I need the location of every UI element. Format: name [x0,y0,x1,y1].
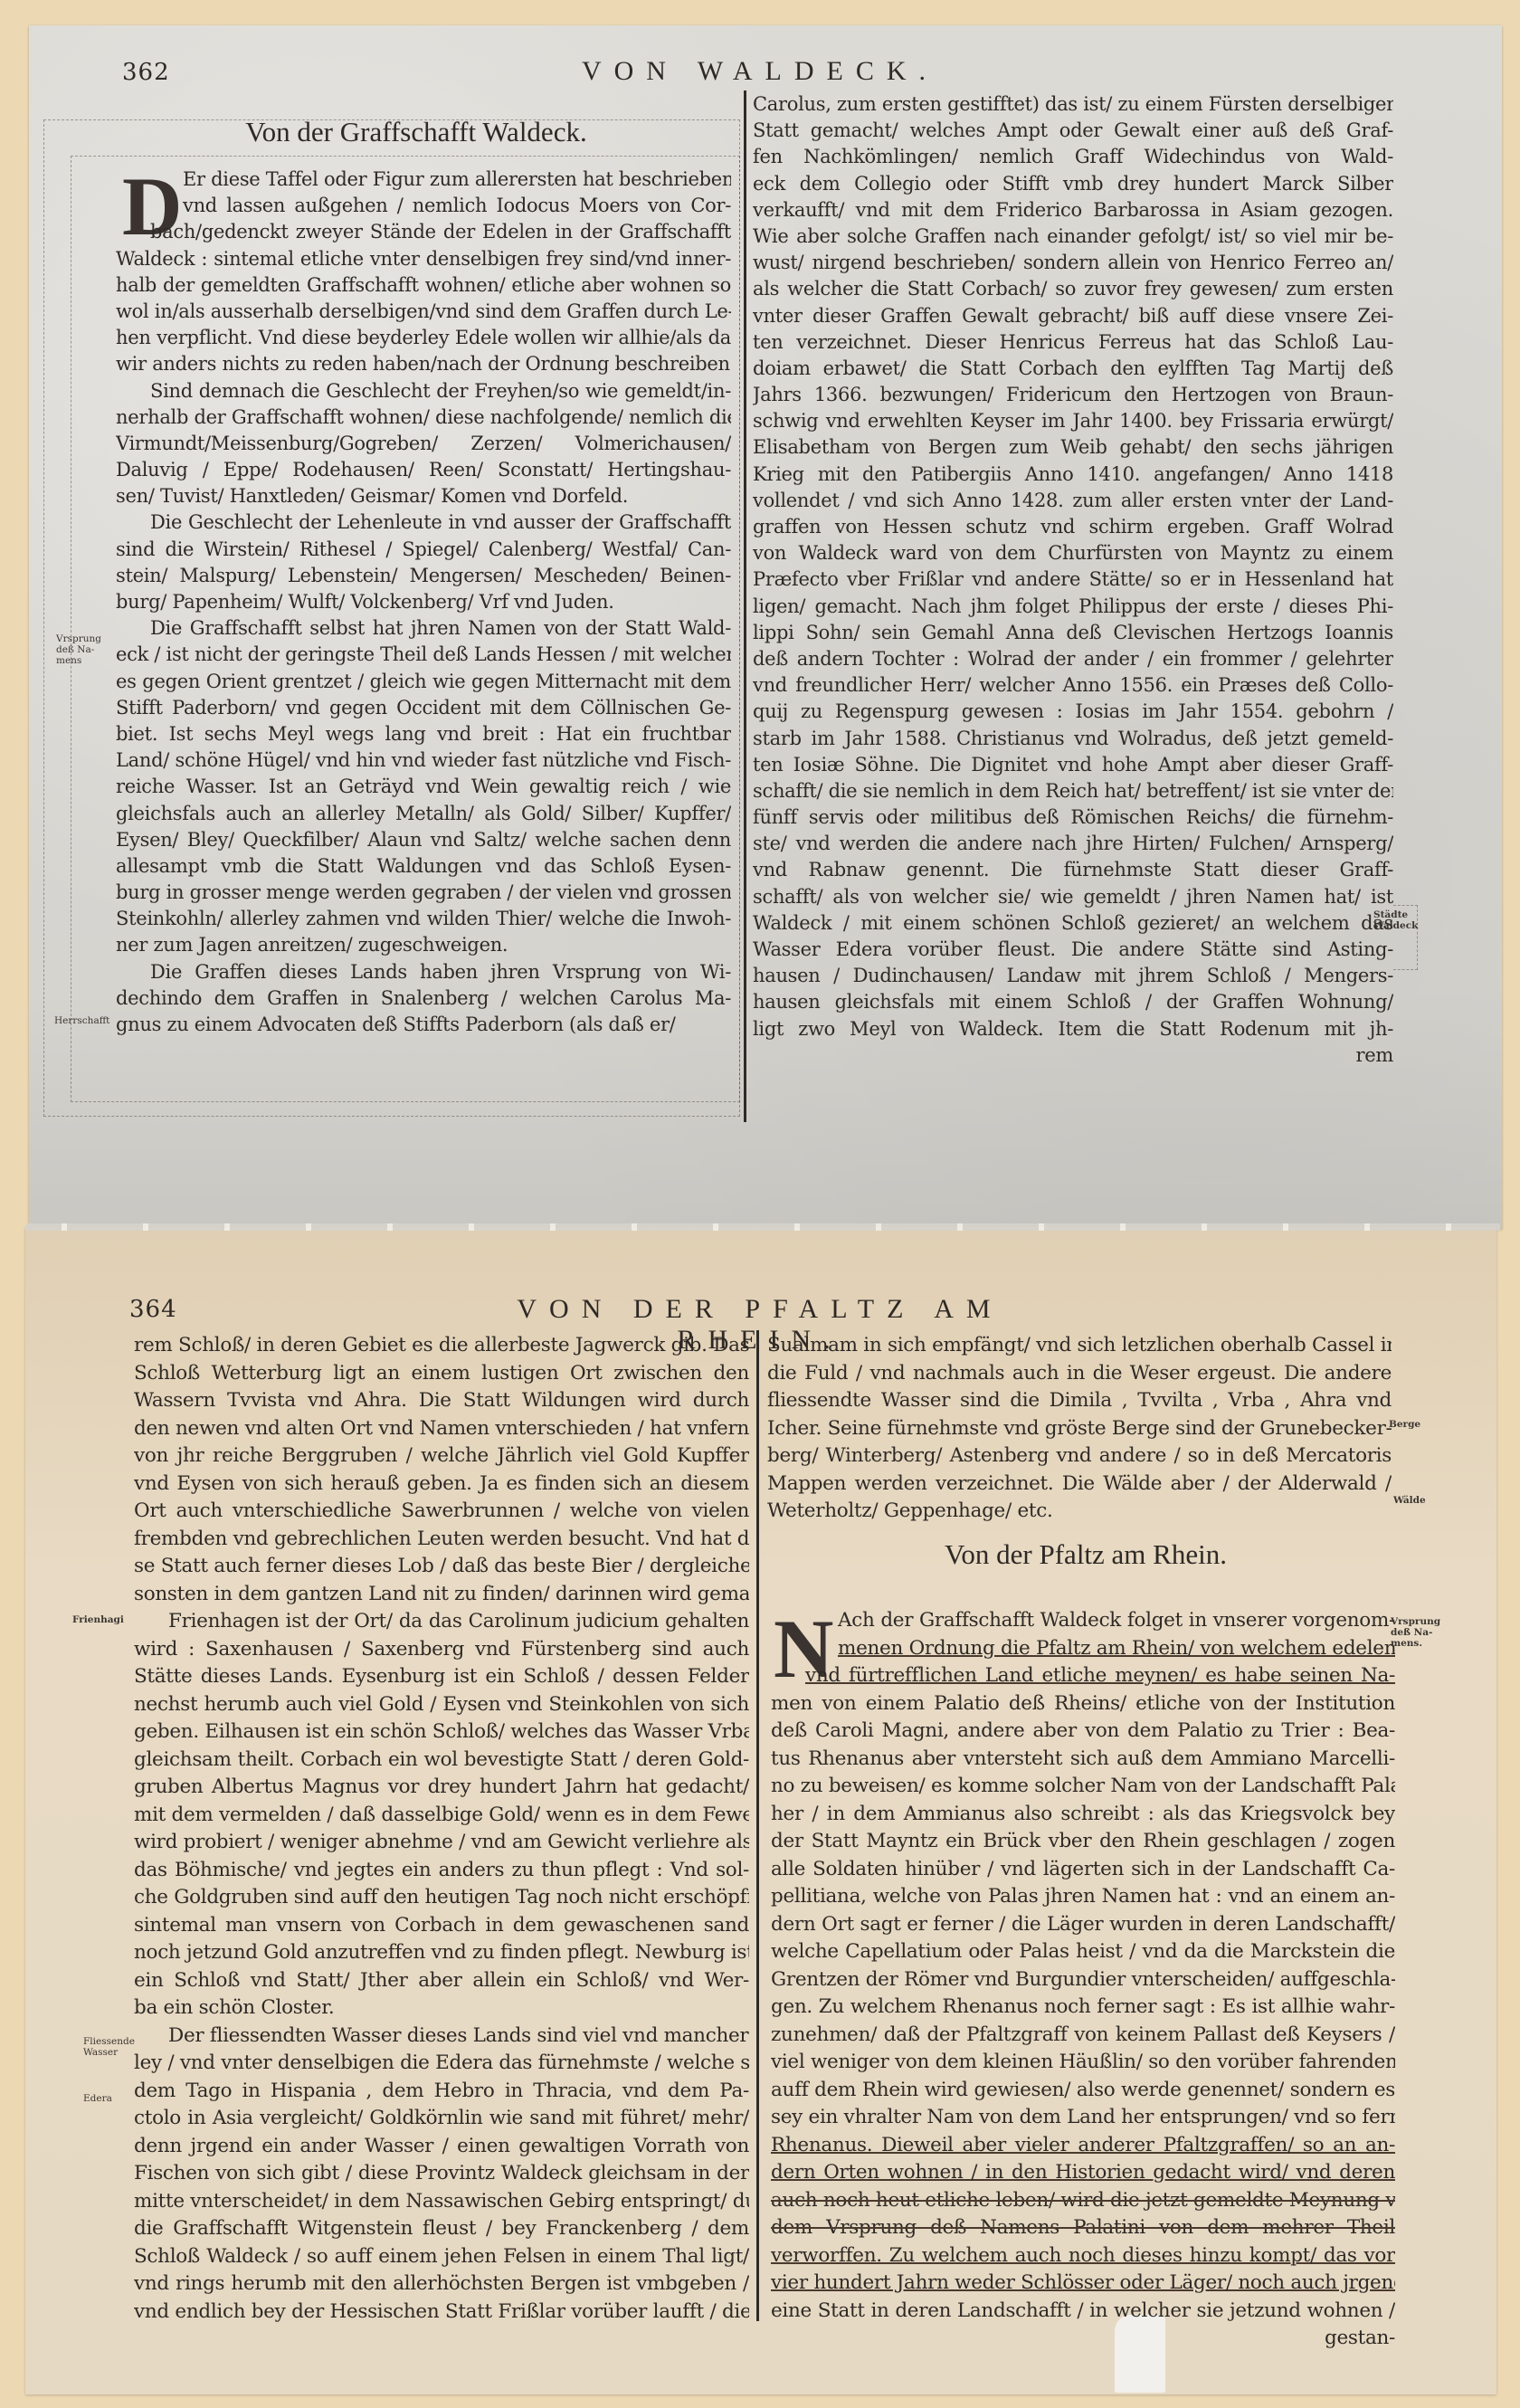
text-line: burg/ Papenheim/ Wulft/ Volckenberg/ Vrf… [116,589,731,615]
text-line: fen Nachkömlingen/ nemlich Graff Widechi… [753,144,1393,170]
text-line: welche Capellatium oder Palas heist / vn… [771,1938,1395,1966]
text-line: fünff servis oder militibus deß Römische… [753,804,1393,831]
text-line: Sind demnach die Geschlecht der Freyhen/… [116,378,731,405]
page-number: 362 [122,59,170,86]
text-line: mitte vnterscheidet/ in dem Nassawischen… [134,2188,749,2216]
margin-note-staedte: Städte Waldeck [1373,909,1437,931]
text-line: vnter dieser Graffen Gewalt gebracht/ bi… [753,303,1393,329]
top-right-column: Carolus, zum ersten gestifftet) das ist/… [753,91,1393,1069]
text-line: Land/ schöne Hügel/ vnd hin vnd wieder f… [116,747,731,774]
text-line: vnd Eysen von sich herauß geben. Ja es f… [134,1470,749,1499]
text-line: verworffen. Zu welchem auch noch dieses … [771,2242,1395,2270]
bottom-right-column-upper: Sualmam in sich empfängt/ vnd sich letzl… [767,1332,1392,1526]
text-line: hausen / Dudinchausen/ Landaw mit jhrem … [753,963,1393,989]
text-line: hen verpflicht. Vnd diese beyderley Edel… [116,325,731,351]
text-line: Er diese Taffel oder Figur zum allererst… [116,167,731,193]
text-line: dechindo dem Graffen in Snalenberg / wel… [116,985,731,1012]
text-line: Statt gemacht/ welches Ampt oder Gewalt … [753,118,1393,144]
text-line: Præfecto vber Frißlar vnd andere Stätte/… [753,566,1393,593]
margin-note-fliessende-wasser: Fliessende Wasser [83,2036,138,2058]
text-line: no zu beweisen/ es komme solcher Nam von… [771,1773,1395,1801]
text-line: Fischen von sich gibt / diese Provintz W… [134,2160,749,2188]
text-line: Schloß Wetterburg ligt an einem lustigen… [134,1360,749,1388]
text-line: Wassern Tvvista vnd Ahra. Die Statt Wild… [134,1387,749,1415]
text-line: sintemal man vnsern von Corbach in dem g… [134,1912,749,1940]
text-line: schafft/ die sie nemlich in dem Reich ha… [753,778,1393,804]
text-line: doiam erbawet/ die Statt Corbach den eyl… [753,356,1393,382]
text-line: biet. Ist sechs Meyl wegs lang vnd breit… [116,721,731,747]
text-line: das Böhmische/ vnd jegtes ein anders zu … [134,1857,749,1885]
text-line: lippi Sohn/ sein Gemahl Anna deß Clevisc… [753,620,1393,646]
text-line: men von einem Palatio deß Rheins/ etlich… [771,1690,1395,1718]
text-line: Ach der Graffschafft Waldeck folget in v… [771,1607,1395,1635]
text-line: quij zu Regenspurg gewesen : Iosias im J… [753,699,1393,725]
text-line: vollendet / vnd sich Anno 1428. zum alle… [753,488,1393,514]
text-line: che Goldgruben sind auff den heutigen Ta… [134,1884,749,1912]
text-line: ligen/ gemacht. Nach jhm folget Philippu… [753,594,1393,620]
text-line: es gegen Orient grentzet / gleich wie ge… [116,669,731,695]
text-line: eck / ist nicht der geringste Theil deß … [116,642,731,668]
text-line: hausen gleichsfals mit einem Schloß / de… [753,989,1393,1015]
text-line: von jhr reiche Berggruben / welche Jährl… [134,1442,749,1470]
text-line: ner zum Jagen anreitzen/ zugeschweigen. [116,932,731,958]
text-line: Ort auch vnterschiedliche Sawerbrunnen /… [134,1498,749,1526]
text-line: Stätte dieses Lands. Eysenburg ist ein S… [134,1663,749,1691]
text-line: wir anders nichts zu reden haben/nach de… [116,351,731,377]
text-line: Carolus, zum ersten gestifftet) das ist/… [753,91,1393,118]
text-line: sind die Wirstein/ Rithesel / Spiegel/ C… [116,537,731,563]
text-line: Stifft Paderborn/ vnd gegen Occident mit… [116,695,731,721]
text-line: Wie aber solche Graffen nach einander ge… [753,224,1393,250]
text-line: frembden vnd gebrechlichen Leuten werden… [134,1526,749,1554]
text-line: dem Tago in Hispania , dem Hebro in Thra… [134,2078,749,2106]
text-line: vier hundert Jahrn weder Schlösser oder … [771,2270,1395,2298]
text-line: Daluvig / Eppe/ Rodehausen/ Reen/ Sconst… [116,457,731,483]
section-title: Von der Pfaltz am Rhein. [778,1538,1393,1571]
text-line: eine Statt in deren Landschafft / in wel… [771,2298,1395,2326]
text-line: rem Schloß/ in deren Gebiet es die aller… [134,1332,749,1360]
text-line: vnd freundlicher Herr/ welcher Anno 1556… [753,672,1393,699]
text-line: als welcher die Statt Corbach/ so zuvor … [753,276,1393,302]
margin-note-waelde: Wälde [1393,1495,1439,1506]
text-line: von Waldeck ward von dem Churfürsten von… [753,540,1393,566]
text-line: dern Orten wohnen / in den Historien ged… [771,2159,1395,2187]
margin-note-berge: Berge [1389,1419,1434,1430]
text-line: noch jetzund Gold anzutreffen vnd zu fin… [134,1939,749,1967]
text-line: ba ein schön Closter. [134,1994,749,2023]
text-line: vnd rings herumb mit den allerhöchsten B… [134,2270,749,2299]
text-line: den newen vnd alten Ort vnd Namen vnters… [134,1415,749,1443]
margin-note-vrsprung: Vrsprung deß Na- mens. [1391,1616,1445,1649]
text-line: Krieg mit den Patibergiis Anno 1410. ang… [753,462,1393,488]
text-line: Waldeck : sintemal etliche vnter denselb… [116,246,731,272]
text-line: Die Graffen dieses Lands haben jhren Vrs… [116,959,731,985]
text-line: Elisabetham von Bergen zum Weib gehabt/ … [753,434,1393,461]
text-line: Mappen werden verzeichnet. Die Wälde abe… [767,1470,1392,1499]
text-line: gleichsfals auch an allerley Metalln/ al… [116,801,731,827]
text-line: gestan- [771,2325,1395,2353]
top-left-column: Er diese Taffel oder Figur zum allererst… [116,167,731,1038]
torn-edge [25,1223,1500,1231]
text-line: verkaufft/ vnd mit dem Friderico Barbaro… [753,197,1393,224]
text-line: sey ein vhralter Nam von dem Land her en… [771,2104,1395,2132]
text-line: Der fliessendten Wasser dieses Lands sin… [134,2023,749,2051]
text-line: ley / vnd vnter denselbigen die Edera da… [134,2050,749,2078]
margin-note-frienhagi: Frienhagi [72,1614,132,1625]
text-line: ten Iosiæ Söhne. Die Dignitet vnd hohe A… [753,752,1393,778]
text-line: vnd fürtrefflichen Land etliche meynen/ … [771,1662,1395,1690]
text-line: Weterholtz/ Geppenhage/ etc. [767,1498,1392,1526]
text-line: allesampt vmb die Statt Waldungen vnd da… [116,853,731,880]
text-line: pellitiana, welche von Palas jhren Namen… [771,1883,1395,1911]
text-line: Steinkohln/ allerley zahmen vnd wilden T… [116,906,731,932]
text-line: fliessendte Wasser sind die Dimila , Tvv… [767,1387,1392,1415]
text-line: der Statt Mayntz ein Brück vber den Rhei… [771,1828,1395,1856]
text-line: Wasser Edera vorüber fleust. Die andere … [753,937,1393,963]
text-line: Jahrs 1366. bezwungen/ Fridericum den He… [753,382,1393,408]
text-line: Virmundt/Meissenburg/Gogreben/ Zerzen/ V… [116,431,731,457]
section-title: Von der Graffschafft Waldeck. [163,116,670,148]
text-line: bach/gedenckt zweyer Stände der Edelen i… [116,219,731,245]
text-line: burg in grosser menge werden gegraben / … [116,880,731,906]
text-line: wol in/als ausserhalb derselbigen/vnd si… [116,299,731,325]
text-line: wird probiert / weniger abnehme / vnd am… [134,1829,749,1857]
text-line: ein Schloß vnd Statt/ Jther aber allein … [134,1967,749,1995]
text-line: Icher. Seine fürnehmste vnd gröste Berge… [767,1415,1392,1443]
text-line: die Fuld / vnd nachmals auch in die Wese… [767,1360,1392,1388]
text-line: deß andern Tochter : Wolrad der ander / … [753,646,1393,672]
text-line: eck dem Collegio oder Stifft vmb drey hu… [753,171,1393,197]
text-line: zunehmen/ daß der Pfaltzgraff von keinem… [771,2022,1395,2050]
text-line: viel weniger von dem kleinen Häußlin/ so… [771,2049,1395,2077]
text-line: ctolo in Asia vergleicht/ Goldkörnlin wi… [134,2105,749,2133]
text-line: schafft/ als von welcher sie/ wie gemeld… [753,884,1393,910]
text-line: dem Vrsprung deß Namens Palatini von dem… [771,2214,1395,2242]
text-line: nechst herumb auch viel Gold / Eysen vnd… [134,1691,749,1719]
text-line: auch noch heut etliche leben/ wird die j… [771,2187,1395,2215]
text-line: Eysen/ Bley/ Queckfilber/ Alaun vnd Salt… [116,827,731,853]
text-line: Waldeck / mit einem schönen Schloß gezie… [753,910,1393,937]
running-head: VON WALDECK. [507,56,1013,87]
text-line: ste/ vnd werden die andere nach jhre Hir… [753,831,1393,857]
text-line: die Graffschafft Witgenstein fleust / be… [134,2215,749,2243]
text-line: ten verzeichnet. Dieser Henricus Ferreus… [753,329,1393,356]
text-line: graffen von Hessen schutz vnd schirm erg… [753,514,1393,540]
text-line: sonsten in dem gantzen Land nit zu finde… [134,1581,749,1609]
text-line: alle Soldaten hinüber / vnd lägerten sic… [771,1856,1395,1884]
text-line: menen Ordnung die Pfaltz am Rhein/ von w… [771,1635,1395,1663]
text-line: geben. Eilhausen ist ein schön Schloß/ w… [134,1718,749,1747]
text-line: berg/ Winterberg/ Astenberg vnd andere /… [767,1442,1392,1470]
text-line: sen/ Tuvist/ Hanxtleden/ Geismar/ Komen … [116,483,731,509]
column-divider [744,90,746,1122]
bottom-left-column: rem Schloß/ in deren Gebiet es die aller… [134,1332,749,2326]
text-line: Sualmam in sich empfängt/ vnd sich letzl… [767,1332,1392,1360]
text-line: stein/ Malspurg/ Lebenstein/ Mengersen/ … [116,563,731,589]
text-line: Schloß Waldeck / so auff einem jehen Fel… [134,2243,749,2271]
margin-note-herrschafft: Herrschafft [54,1015,118,1026]
page-number: 364 [129,1296,177,1323]
text-line: deß Caroli Magni, andere aber von dem Pa… [771,1718,1395,1746]
text-line: vnd endlich bey der Hessischen Statt Fri… [134,2299,749,2327]
text-line: wust/ nirgend beschrieben/ sondern allei… [753,250,1393,276]
text-line: Frienhagen ist der Ort/ da das Carolinum… [134,1608,749,1636]
text-line: vnd Rabnaw genennt. Die fürnehmste Statt… [753,857,1393,883]
text-line: gen. Zu welchem Rhenanus noch ferner sag… [771,1994,1395,2022]
text-line: Die Graffschafft selbst hat jhren Namen … [116,615,731,642]
text-line: her / in dem Ammianus also schreibt : al… [771,1801,1395,1829]
margin-note-vrsprung: Vrsprung deß Na- mens [56,633,110,666]
margin-note-edera: Edera [83,2093,128,2104]
text-line: reiche Wasser. Ist an Geträyd vnd Wein g… [116,774,731,800]
text-line: Rhenanus. Dieweil aber vieler anderer Pf… [771,2132,1395,2160]
text-line: nerhalb der Graffschafft wohnen/ diese n… [116,405,731,431]
text-line: Die Geschlecht der Lehenleute in vnd aus… [116,509,731,536]
text-line: schwig vnd erwehlten Keyser im Jahr 1400… [753,408,1393,434]
text-line: dern Ort sagt er ferner / die Läger wurd… [771,1911,1395,1939]
text-line: auff dem Rhein wird gewiesen/ also werde… [771,2077,1395,2105]
text-line: mit dem vermelden / daß dasselbige Gold/… [134,1802,749,1830]
column-divider [756,1330,759,2321]
text-line: wird : Saxenhausen / Saxenberg vnd Fürst… [134,1636,749,1664]
text-line: ligt zwo Meyl von Waldeck. Item die Stat… [753,1016,1393,1042]
text-line: gruben Albertus Magnus vor drey hundert … [134,1774,749,1802]
text-line: starb im Jahr 1588. Christianus vnd Wolr… [753,726,1393,752]
text-line: denn jrgend ein ander Wasser / einen gew… [134,2133,749,2161]
text-line: gleichsam theilt. Corbach ein wol bevest… [134,1747,749,1775]
text-line: halb der gemeldten Graffschafft wohnen/ … [116,272,731,299]
bottom-right-column-lower: Ach der Graffschafft Waldeck folget in v… [771,1607,1395,2353]
text-line: tus Rhenanus aber vntersteht sich auß de… [771,1746,1395,1774]
text-line: vnd lassen außgehen / nemlich Iodocus Mo… [116,193,731,219]
text-line: gnus zu einem Advocaten deß Stiffts Pade… [116,1012,731,1038]
text-line: se Statt auch ferner dieses Lob / daß da… [134,1553,749,1581]
text-line: Grentzen der Römer vnd Burgundier vnters… [771,1966,1395,1994]
text-line: rem [753,1042,1393,1069]
